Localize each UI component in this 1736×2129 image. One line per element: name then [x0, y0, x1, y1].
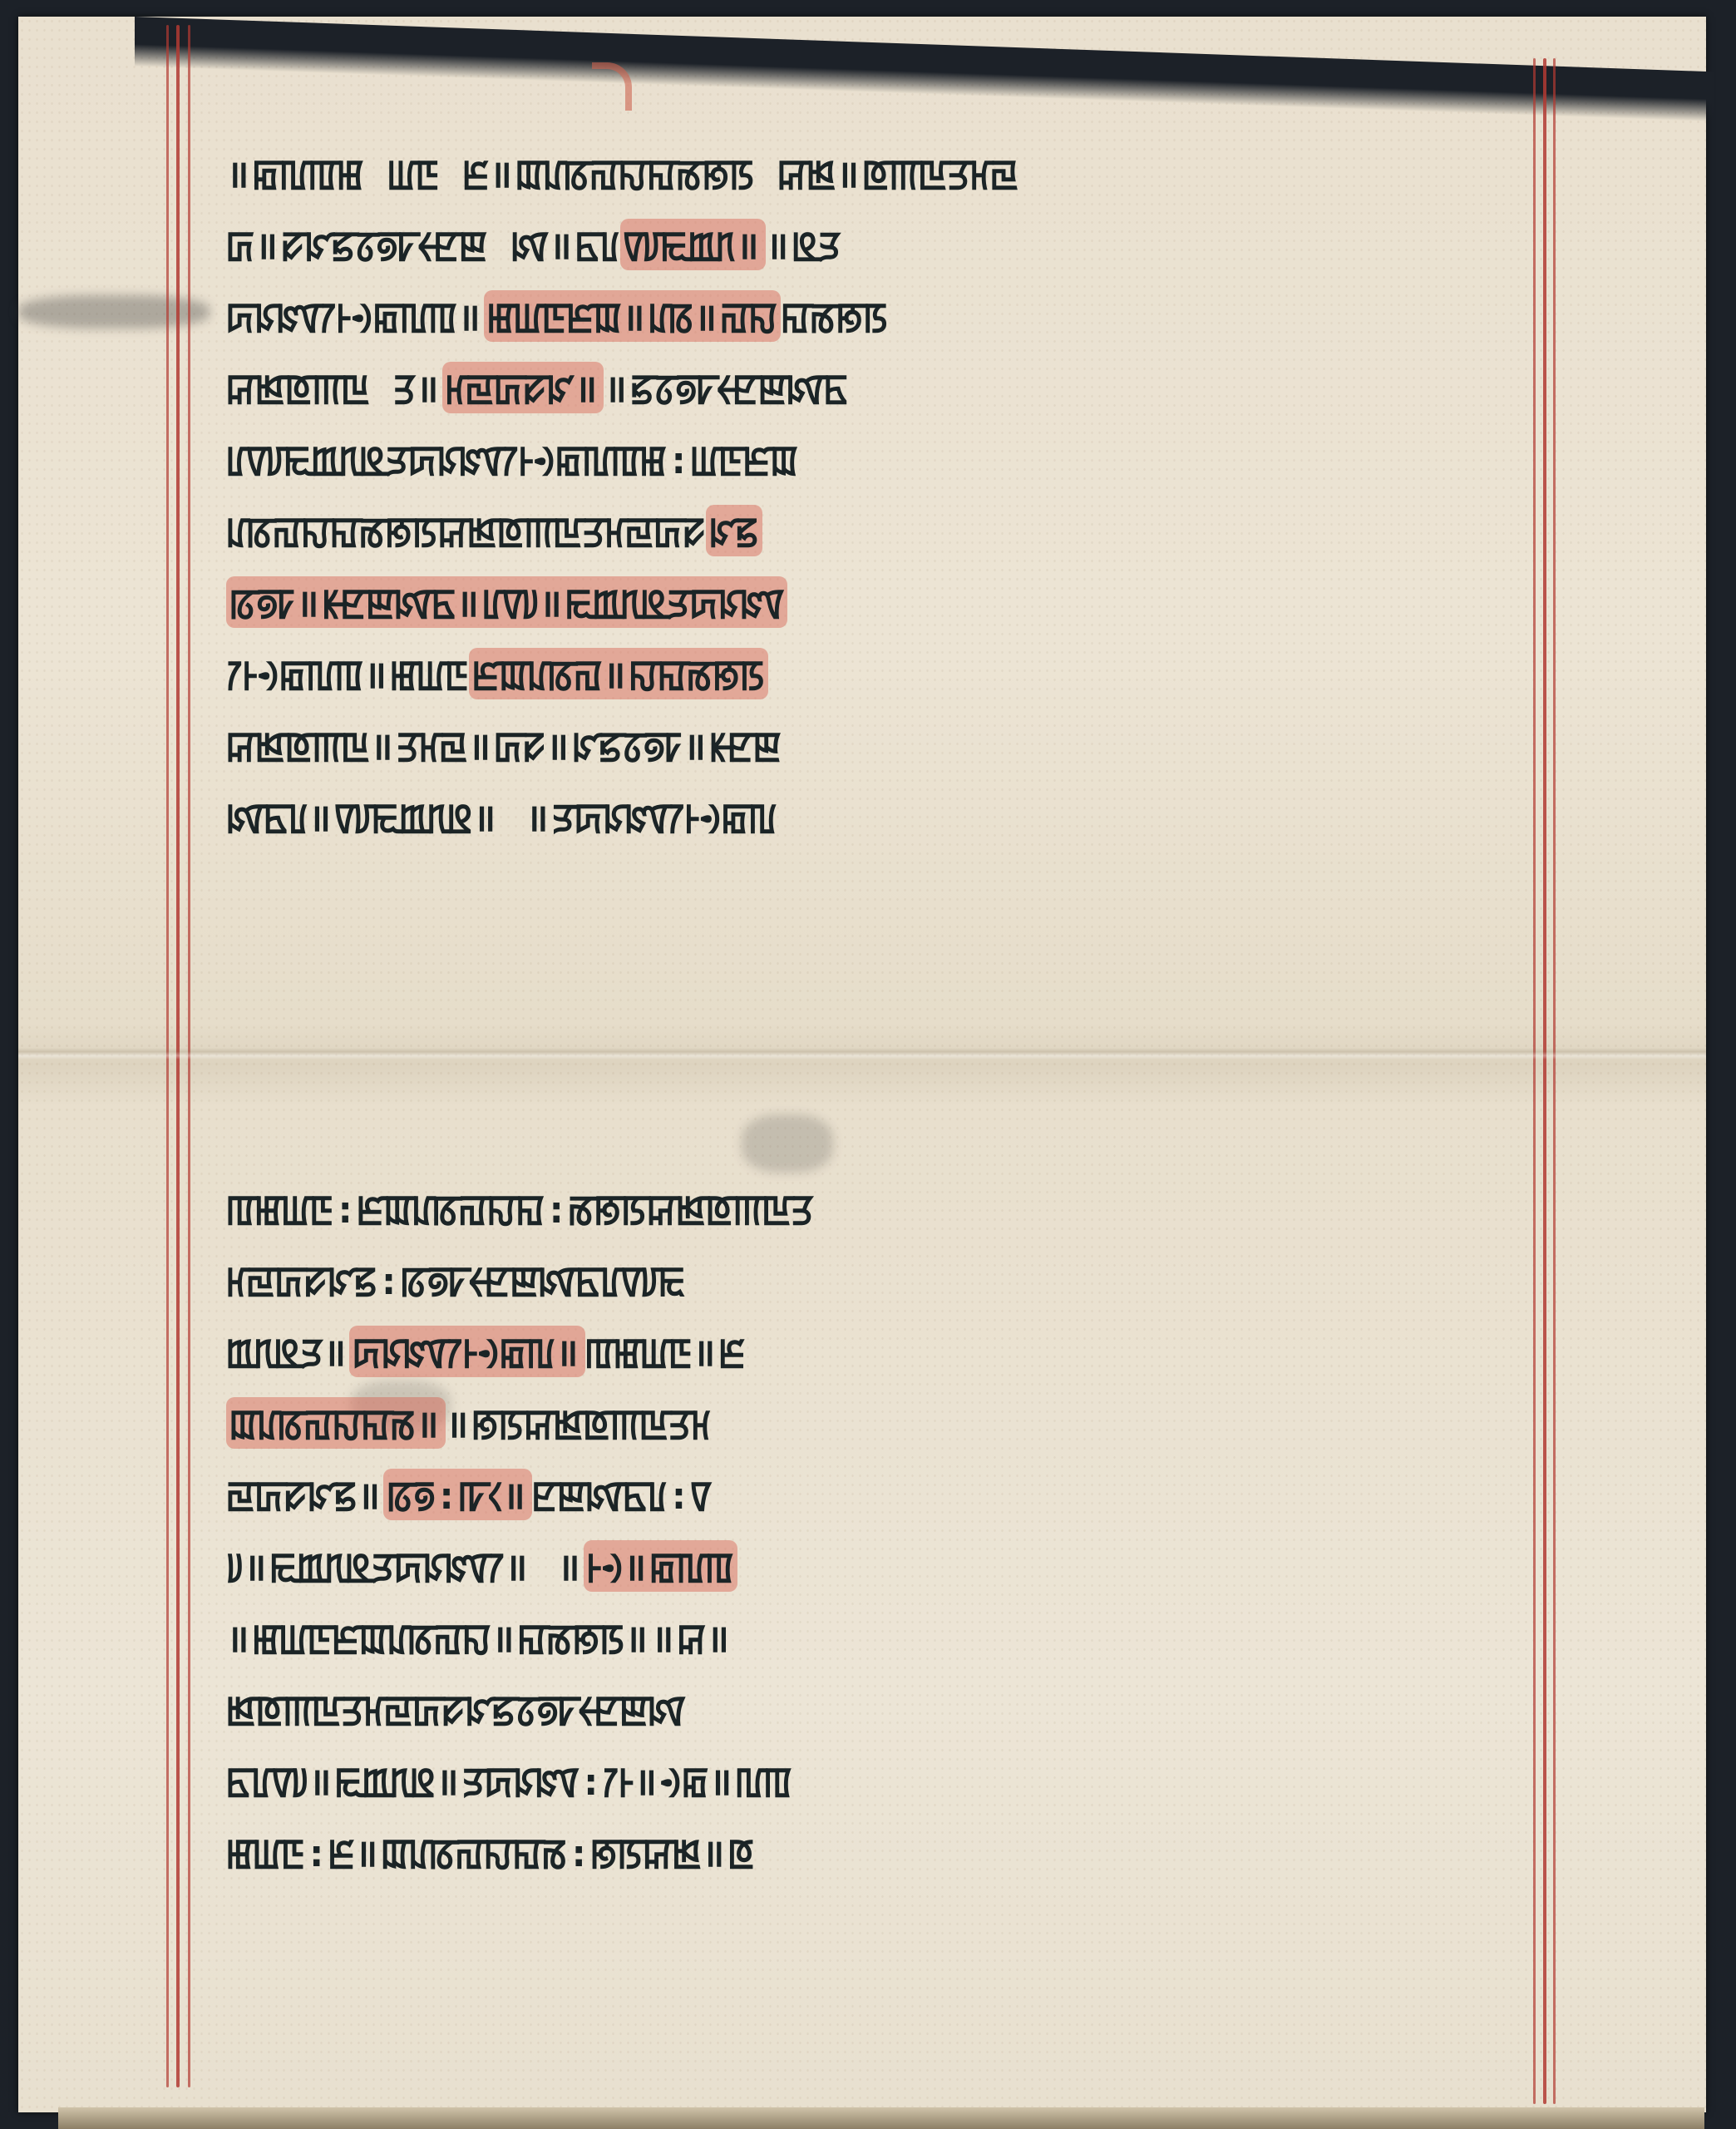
rubrication-highlight: ꡘꡙꡚꡛꡜ॥: [442, 362, 604, 413]
rubrication-highlight: ꡞꡟ:ꡠꡡ॥: [383, 1469, 532, 1520]
text-line: ॥ꡅꡆꡇꡈꡉꡊꡋꡌꡍ॥ꡎꡏꡐꡑ॥ ॥ꡒ॥: [226, 1602, 1540, 1673]
text-line: ꡪꡫꡬꡭ॥ꡮꡯꡰꡱꡲꡳꡂꡃ॥ꡄꡅꡆꡇ॥ꡈ: [226, 1316, 1540, 1387]
text-line: ꡘꡙꡚꡛꡜꡝ:ꡞꡟꡠꡡꡢꡣꡤꡥꡦꡧꡨꡩ: [226, 1244, 1540, 1316]
text-line: ꡤꡥꡦ॥ꡧꡨꡩꡪꡫꡬ॥ ॥ꡭꡮꡯꡰꡱꡲꡳꡂꡃ: [226, 781, 1540, 852]
text-line: ꡒꡓꡔꡕꡖ॥ꡗꡘꡙ॥ꡚꡛ॥ꡜꡝꡞꡟꡠ॥ꡡꡢꡣ: [226, 709, 1540, 781]
page-fold: [18, 1048, 1706, 1060]
text-line: ꡥꡦꡧꡨ॥ꡩꡪꡫꡬ॥ꡭꡮꡯꡰ:ꡱꡲ॥ꡳꡂ॥ꡃꡄ: [226, 1745, 1540, 1816]
upper-panel-text: ॥ꡂꡃꡄꡅ ꡆꡇ ꡈ॥ꡉꡊꡋꡌꡍꡎꡏꡐꡑ ꡒꡓ॥ꡔꡕꡖꡗꡘꡙ ꡚ॥ꡛꡜꡝꡞꡟꡠꡡ…: [226, 137, 1540, 852]
text-line: ꡨ॥ꡩꡪꡫꡬꡭꡮꡯꡰꡱ॥ ॥ꡲꡳ॥ꡂꡃꡄ: [226, 1530, 1540, 1602]
text-line: ꡉꡊꡋꡌꡍꡎꡏ॥ ॥ꡐꡑꡒꡓꡔꡕꡖꡗꡘ: [226, 1387, 1540, 1459]
text-line: ॥ꡂꡃꡄꡅ ꡆꡇ ꡈ॥ꡉꡊꡋꡌꡍꡎꡏꡐꡑ ꡒꡓ॥ꡔꡕꡖꡗꡘꡙ: [226, 137, 1540, 209]
text-line: ꡅꡆꡇ:ꡈ॥ꡉꡊꡋꡌꡍꡎꡏ:ꡐꡑꡒꡓ॥ꡔ: [226, 1816, 1540, 1888]
right-margin-rule: [1553, 58, 1556, 2104]
rubrication-highlight: ꡧꡨꡩꡪꡫ॥: [620, 219, 766, 270]
right-margin-rule: [1543, 58, 1546, 2104]
rubrication-highlight: ꡜꡝ: [706, 505, 762, 556]
text-line: ꡙꡚꡛꡜꡝ॥ꡞꡟ:ꡠꡡ॥ꡢꡣꡤꡥꡦ:ꡧ: [226, 1459, 1540, 1530]
rubrication-highlight: ꡞꡟꡠ॥ꡡꡢꡣꡤꡥ॥ꡦꡧꡨ॥ꡩꡪꡫꡬꡭꡮꡯꡰ: [226, 576, 787, 628]
text-line: ꡊꡋꡌꡍꡎꡏꡐꡑꡒꡓꡔꡕꡖꡗꡘꡙꡚꡛꡜꡝ: [226, 495, 1540, 566]
text-line: ꡮꡯꡰꡱꡲꡳꡂꡃꡄ॥ꡅꡆꡇꡈꡉ॥ꡊꡋ॥ꡌꡍꡎꡏꡐꡑ: [226, 280, 1540, 352]
top-edge-shadow: [135, 17, 1714, 121]
text-line: ꡱꡲꡳꡂꡃꡄ॥ꡅꡆꡇꡈꡉꡊꡋꡌ॥ꡍꡎꡏꡐꡑ: [226, 638, 1540, 709]
bundle-bottom-edge: [58, 2107, 1704, 2129]
text-line: ꡒꡓꡔꡕꡖ ꡗ॥ꡘꡙꡚꡛꡜ॥ ॥ꡝꡞꡟꡠꡡꡢꡣꡤꡥ: [226, 352, 1540, 423]
lower-panel-text: ꡄꡅꡆꡇ:ꡈꡉꡊꡋꡌꡍꡎ:ꡏꡐꡑꡒꡓꡔꡕꡖꡗ ꡘꡙꡚꡛꡜꡝ:ꡞꡟꡠꡡꡢꡣꡤꡥꡦꡧ…: [226, 1173, 1540, 1888]
text-line: ꡦꡧꡨꡩꡪꡫꡬꡭꡮꡯꡰꡱꡲꡳꡂꡃꡄꡅ:ꡆꡇꡈꡉ: [226, 423, 1540, 495]
ink-smudge: [18, 295, 210, 328]
ink-smudge: [742, 1114, 833, 1173]
manuscript-folio: ॥ꡂꡃꡄꡅ ꡆꡇ ꡈ॥ꡉꡊꡋꡌꡍꡎꡏꡐꡑ ꡒꡓ॥ꡔꡕꡖꡗꡘꡙ ꡚ॥ꡛꡜꡝꡞꡟꡠꡡ…: [18, 17, 1706, 2112]
rubrication-highlight: ꡈꡉꡊꡋꡌ॥ꡍꡎꡏꡐꡑ: [469, 648, 768, 699]
rubrication-highlight: ꡅꡆꡇꡈꡉ॥ꡊꡋ॥ꡌꡍ: [484, 290, 782, 342]
text-line: ꡓꡔꡕꡖꡗꡘꡙꡚꡛꡜꡝꡞꡟꡠꡡꡢꡣꡤ: [226, 1673, 1540, 1745]
text-line: ꡄꡅꡆꡇ:ꡈꡉꡊꡋꡌꡍꡎ:ꡏꡐꡑꡒꡓꡔꡕꡖꡗ: [226, 1173, 1540, 1244]
rubrication-highlight: ꡉꡊꡋꡌꡍꡎꡏ॥: [226, 1397, 446, 1449]
rubrication-highlight: ꡮꡯꡰꡱꡲꡳꡂꡃ॥: [349, 1326, 584, 1377]
text-line: ꡚ॥ꡛꡜꡝꡞꡟꡠꡡꡢꡣ ꡤ॥ꡥꡦꡧꡨꡩꡪꡫ॥ ॥ꡬꡭ: [226, 209, 1540, 280]
text-line: ꡞꡟꡠ॥ꡡꡢꡣꡤꡥ॥ꡦꡧꡨ॥ꡩꡪꡫꡬꡭꡮꡯꡰ: [226, 566, 1540, 638]
rubrication-highlight: ꡲꡳ॥ꡂꡃꡄ: [584, 1540, 737, 1592]
